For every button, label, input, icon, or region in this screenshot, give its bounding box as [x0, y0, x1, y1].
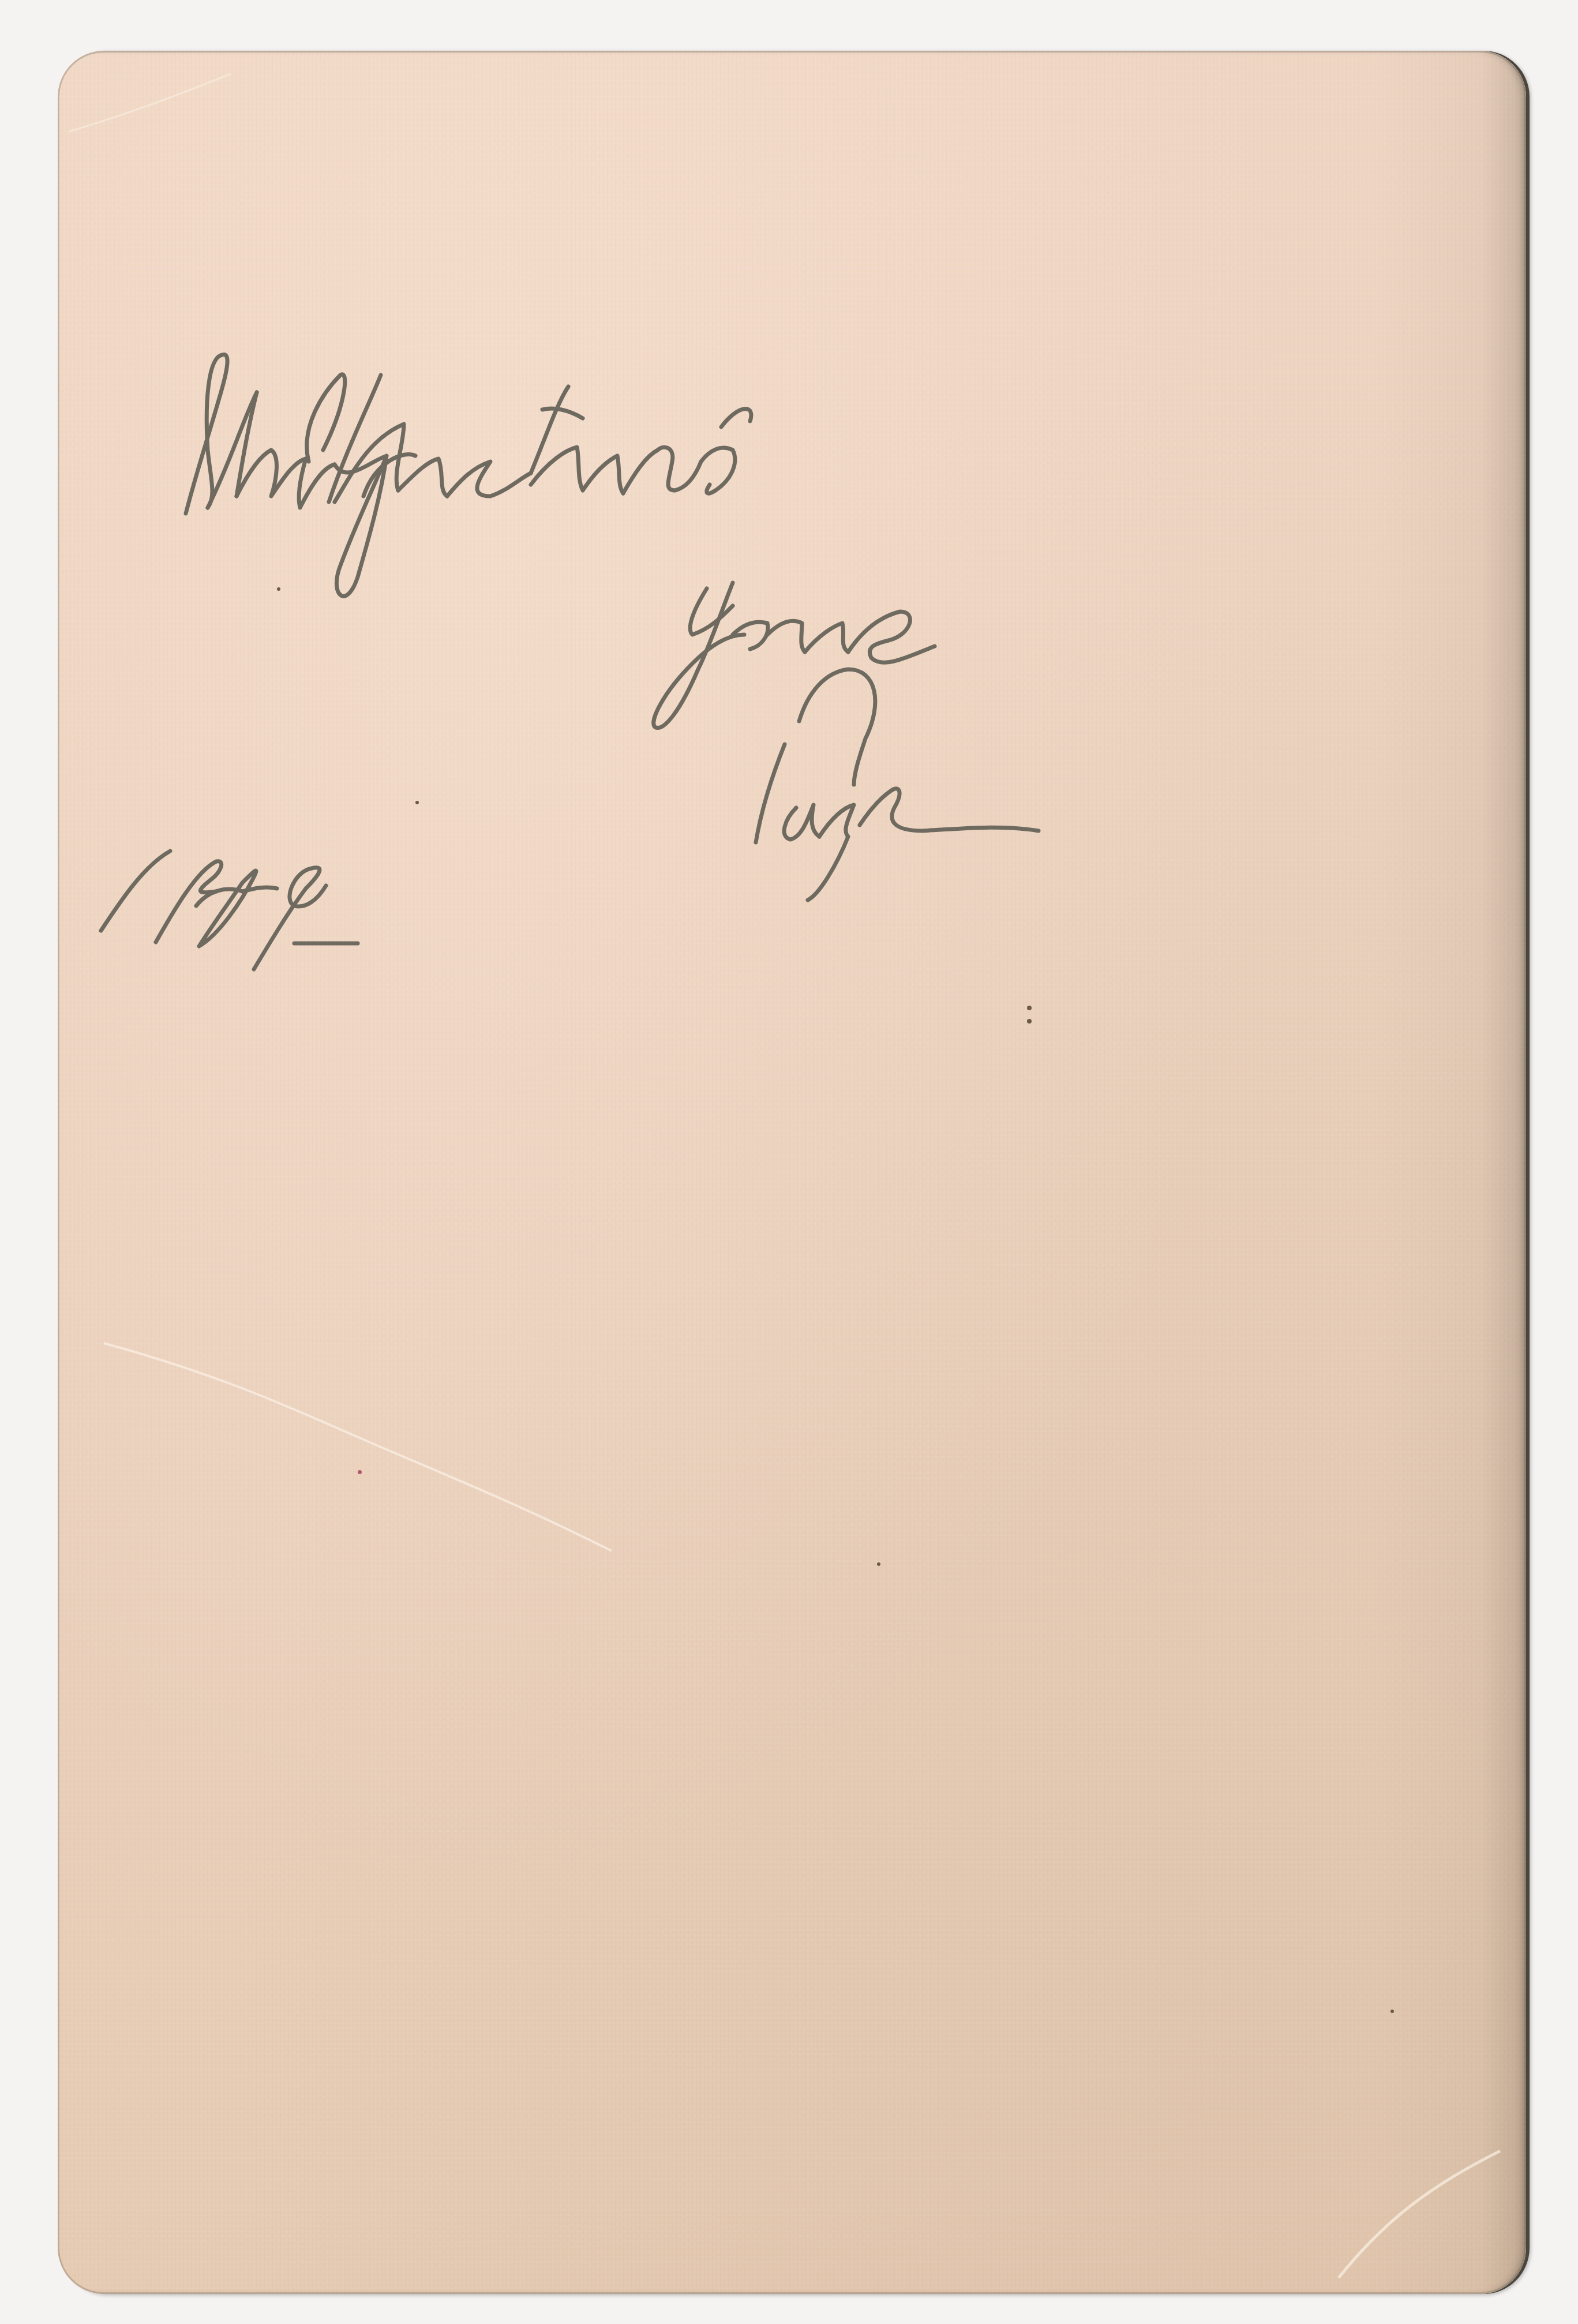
edge-shading	[1376, 51, 1526, 2294]
speck	[877, 1562, 880, 1566]
speck	[1390, 2010, 1394, 2013]
inscription-year: 1889	[98, 865, 274, 946]
speck	[358, 1470, 362, 1474]
speck	[277, 587, 280, 591]
inscription-signature: Page	[762, 767, 960, 861]
speck	[415, 801, 419, 804]
speck	[1027, 1006, 1032, 1010]
inscription-greeting: Merry Christmas	[190, 369, 938, 470]
inscription-closing: Yours	[669, 583, 896, 677]
speck	[1027, 1019, 1032, 1024]
